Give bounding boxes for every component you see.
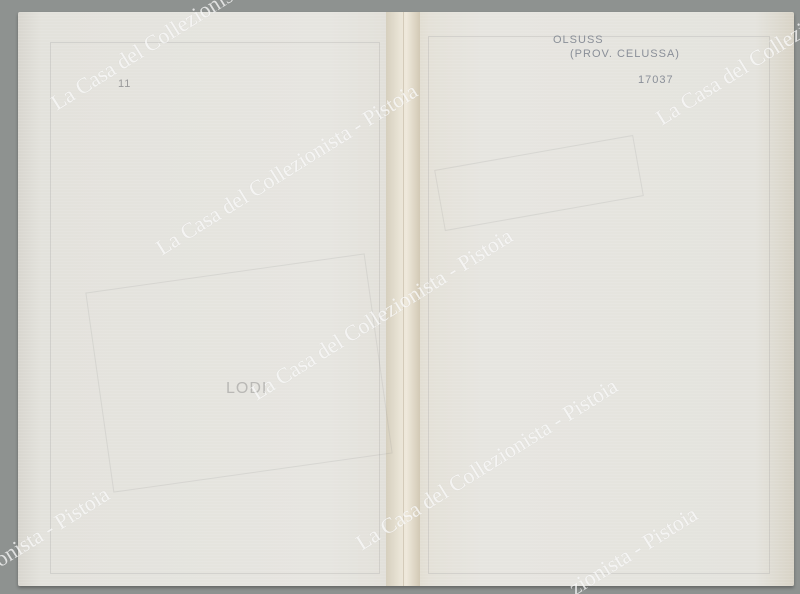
pencil-annotation-number: 17037	[638, 74, 674, 86]
fortress-show-through	[85, 253, 392, 492]
pencil-annotation-title: OLSUSS	[553, 34, 604, 46]
pencil-mark-left: 11	[118, 78, 131, 90]
plate-border-right	[428, 36, 770, 574]
pencil-annotation-subtitle: (PROV. CELUSSA)	[570, 48, 680, 60]
